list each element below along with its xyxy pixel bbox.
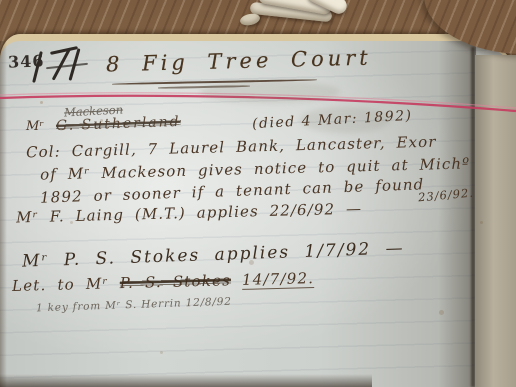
- struck-tenant-name: G. Sutherland: [56, 114, 181, 134]
- entry-date: 14/7/92.: [242, 269, 315, 290]
- book-cover-edge: [0, 374, 372, 387]
- handwriting-line: Let. to Mʳ P. S. Stokes 14/7/92.: [12, 269, 315, 295]
- death-note: (died 4 Mar: 1892): [252, 108, 413, 132]
- ribbon-frayed-tip: [239, 12, 261, 27]
- entry-title: 8 Fig Tree Court: [106, 46, 372, 77]
- struck-text: P. S. Stokes: [120, 271, 232, 292]
- handwriting-line: Mʳ P. S. Stokes applies 1/7/92 —: [22, 238, 405, 271]
- pencil-note: 1 key from Mʳ S. Herrin 12/8/92: [36, 296, 232, 315]
- title-underline: [158, 85, 250, 88]
- title-underline: [112, 79, 317, 85]
- let-to-lead: Let. to Mʳ: [12, 274, 109, 295]
- ink-bleed-smudge: [200, 81, 340, 103]
- foxing-spots: [40, 101, 43, 104]
- ledger-page: 346 8 Fig Tree Court Mackeson Mʳ G. Suth…: [0, 34, 516, 387]
- entry-prefix: Mʳ: [26, 119, 44, 134]
- bookmark-ribbon: [232, 0, 352, 40]
- page-left-edge: [0, 41, 7, 387]
- facing-page-edge: [475, 55, 516, 387]
- ledger-photo: 346 8 Fig Tree Court Mackeson Mʳ G. Suth…: [0, 0, 516, 387]
